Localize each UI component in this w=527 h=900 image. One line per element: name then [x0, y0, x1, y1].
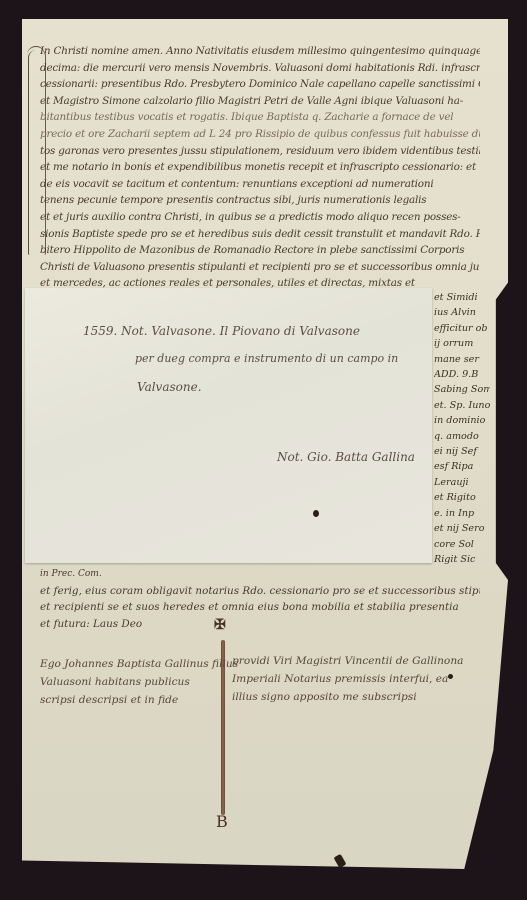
- text-line: cessionarii: presentibus Rdo. Presbytero…: [40, 76, 480, 93]
- margin-line: core Sol: [434, 537, 490, 552]
- slip-heading: 1559. Not. Valvasone. Il Piovano di Valv…: [83, 324, 360, 338]
- margin-line: efficitur ob: [434, 321, 490, 336]
- notary-signum-letter: B: [216, 812, 228, 831]
- archival-slip: 1559. Not. Valvasone. Il Piovano di Valv…: [25, 288, 432, 563]
- margin-line: ADD. 9.B: [434, 367, 490, 382]
- text-line: Valuasoni habitans publicus: [40, 673, 238, 691]
- notary-signum-cross-icon: ✠: [214, 617, 226, 633]
- margin-line: esf Ripa: [434, 459, 490, 474]
- text-line: sionis Baptiste spede pro se et heredibu…: [40, 226, 480, 243]
- slip-description: per dueg compra e instrumento di un camp…: [135, 352, 398, 365]
- margin-line: in dominio: [434, 413, 490, 428]
- main-deed-text: In Christi nomine amen. Anno Nativitatis…: [40, 43, 480, 292]
- text-line: bitero Hippolito de Mazonibus de Romanad…: [40, 242, 480, 259]
- slip-place: Valvasone.: [137, 380, 202, 394]
- notary-subscription-right: providi Viri Magistri Vincentii de Galli…: [232, 652, 463, 706]
- margin-line: ius Alvin: [434, 305, 490, 320]
- text-line: Imperiali Notarius premissis interfui, e…: [232, 670, 463, 688]
- margin-line: ei nij Sef: [434, 444, 490, 459]
- text-line: et Magistro Simone calzolario filio Magi…: [40, 93, 480, 110]
- margin-line: et Simidi: [434, 290, 490, 305]
- text-line: tos garonas vero presentes jussu stipula…: [40, 143, 480, 160]
- text-line: et me notario in bonis et expendibilibus…: [40, 159, 480, 176]
- text-line: et futura: Laus Deo: [40, 616, 480, 633]
- text-line: Ego Johannes Baptista Gallinus filius: [40, 655, 238, 673]
- margin-text-column: et Simidi ius Alvin efficitur ob ij orru…: [434, 290, 490, 567]
- margin-line: et Rigito: [434, 490, 490, 505]
- margin-line: Sabing Som: [434, 382, 490, 397]
- margin-line: Rigit Sic: [434, 552, 490, 567]
- text-line: precio et ore Zacharii septem ad L 24 pr…: [40, 126, 480, 143]
- text-line: et ferig, eius coram obligavit notarius …: [40, 583, 480, 600]
- notary-subscription-left: Ego Johannes Baptista Gallinus filius Va…: [40, 655, 238, 709]
- text-line: Christi de Valuasono presentis stipulant…: [40, 259, 480, 276]
- margin-line: ij orrum: [434, 336, 490, 351]
- margin-line: mane ser: [434, 352, 490, 367]
- text-line: in Prec. Com.: [40, 566, 480, 583]
- margin-line: e. in Inp: [434, 506, 490, 521]
- margin-line: et. Sp. Iuno: [434, 398, 490, 413]
- text-line: tenens pecunie tempore presentis contrac…: [40, 192, 480, 209]
- text-line: illius signo apposito me subscripsi: [232, 688, 463, 706]
- margin-line: et nij Sero: [434, 521, 490, 536]
- text-line: decima: die mercurii vero mensis Novembr…: [40, 60, 480, 77]
- deed-continuation-text: in Prec. Com. et ferig, eius coram oblig…: [40, 566, 480, 632]
- text-line: de eis vocavit se tacitum et contentum: …: [40, 176, 480, 193]
- margin-line: q. amodo: [434, 429, 490, 444]
- text-line: providi Viri Magistri Vincentii de Galli…: [232, 652, 463, 670]
- text-line: In Christi nomine amen. Anno Nativitatis…: [40, 43, 480, 60]
- ink-spot: [313, 510, 319, 517]
- margin-line: Lerauji: [434, 475, 490, 490]
- slip-signature: Not. Gio. Batta Gallina: [277, 450, 415, 464]
- text-line: et et juris auxilio contra Christi, in q…: [40, 209, 480, 226]
- ink-spot: [448, 674, 453, 679]
- text-line: bitantibus testibus vocatis et rogatis. …: [40, 109, 480, 126]
- text-line: et recipienti se et suos heredes et omni…: [40, 599, 480, 616]
- text-line: scripsi descripsi et in fide: [40, 691, 238, 709]
